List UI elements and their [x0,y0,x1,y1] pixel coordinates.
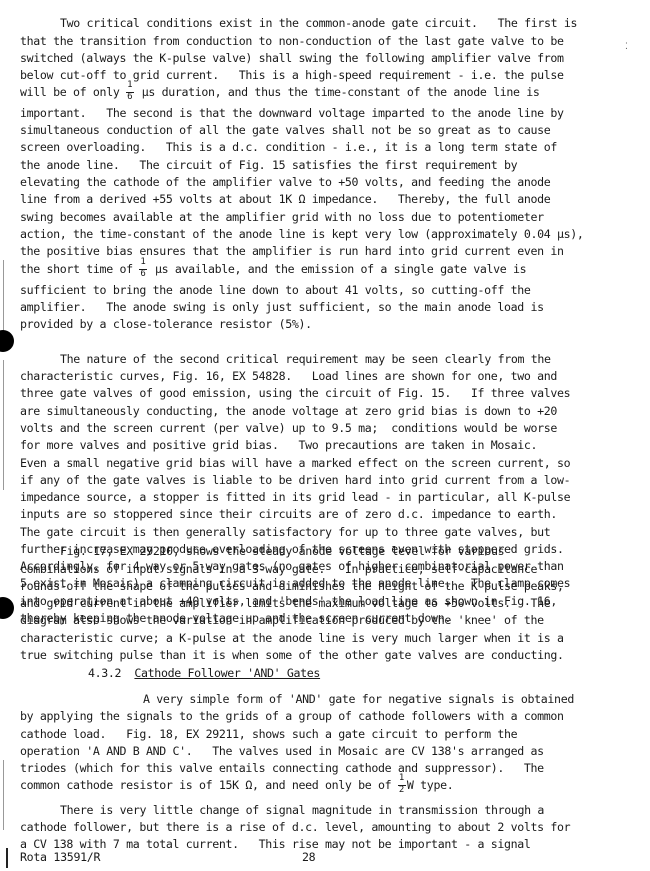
paragraph-line: will be of only 16 µs duration, and thus… [20,85,540,100]
paragraph-line: combinations of input signals in a 3-way… [20,562,537,576]
paragraph-line: A very simple form of 'AND' gate for neg… [143,692,574,706]
section-heading: 4.3.2 Cathode Follower 'AND' Gates [88,666,320,680]
paragraph-line: line from a derived +55 volts at about 1… [20,192,550,206]
left-margin-rule [3,360,4,490]
footer-margin-mark [6,848,8,868]
paragraph-line: diagram also shows the variation in ampl… [20,613,544,627]
paragraph-line: elevating the cathode of the amplifier v… [20,175,550,189]
paragraph-line: if any of the gate valves is liable to b… [20,473,570,487]
paragraph-line: provided by a close-tolerance resistor (… [20,317,312,331]
paragraph-line: the positive bias ensures that the ampli… [20,244,564,258]
paragraph-line: Fig. 17, EX 29210, shows the steady anod… [60,544,504,558]
left-margin-rule [3,260,4,340]
paragraph-line: swing becomes available at the amplifier… [20,210,544,224]
paragraph-line: and grid current in the amplifier limits… [20,596,550,610]
paragraph-line: The nature of the second critical requir… [60,352,551,366]
paragraph-line: characteristic curves, Fig. 16, EX 54828… [20,369,557,383]
scan-speck: ⁚ [625,42,628,52]
paragraph-line: important. The second is that the downwa… [20,106,564,120]
binder-hole [0,330,14,352]
paragraph-line: simultaneous conduction of all the gate … [20,123,550,137]
paragraph-line: true switching pulse than it is when som… [20,648,564,662]
paragraph-line: are simultaneously conducting, the anode… [20,404,557,418]
document-reference: Rota 13591/R [20,850,100,864]
paragraph-line: rounds-off the shape of the pulses and d… [20,579,564,593]
paragraph-line: The gate circuit is then generally satis… [20,525,550,539]
paragraph-line: common cathode resistor is of 15K Ω, and… [20,778,453,793]
paragraph-line: cathode load. Fig. 18, EX 29211, shows s… [20,727,517,741]
left-margin-rule [3,760,4,830]
paragraph-line: impedance source, a stopper is fitted in… [20,490,570,504]
page-number: 28 [302,850,315,864]
fraction: 12 [398,779,407,793]
paragraph-line: amplifier. The anode swing is only just … [20,300,544,314]
section-title: Cathode Follower 'AND' Gates [134,666,320,680]
fraction: 16 [139,263,148,277]
paragraph-line: the anode line. The circuit of Fig. 15 s… [20,158,517,172]
paragraph-line: a CV 138 with 7 ma total current. This r… [20,837,531,851]
paragraph-line: screen overloading. This is a d.c. condi… [20,140,557,154]
paragraph-line: inputs are so stoppered since their circ… [20,507,557,521]
paragraph-line: switched (always the K-pulse valve) shal… [20,51,564,65]
paragraph-line: Two critical conditions exist in the com… [60,16,577,30]
paragraph-line: that the transition from conduction to n… [20,34,564,48]
document-page: ⁚ Two critical conditions exist in the c… [0,0,650,871]
fraction: 16 [126,86,135,100]
paragraph-line: for more valves and positive grid bias. … [20,438,537,452]
paragraph-line: cathode follower, but there is a rise of… [20,820,570,834]
paragraph-line: action, the time-constant of the anode l… [20,227,584,241]
paragraph-line: characteristic curve; a K-pulse at the a… [20,631,564,645]
paragraph-line: operation 'A AND B AND C'. The valves us… [20,744,544,758]
paragraph-line: three gate valves of good emission, usin… [20,386,570,400]
binder-hole [0,597,14,619]
paragraph-line: sufficient to bring the anode line down … [20,283,531,297]
paragraph-line: Even a small negative grid bias will hav… [20,456,570,470]
paragraph-line: the short time of 16 µs available, and t… [20,262,526,277]
section-number: 4.3.2 [88,666,134,680]
paragraph-line: by applying the signals to the grids of … [20,709,564,723]
paragraph-line: volts and the screen current (per valve)… [20,421,557,435]
paragraph-line: below cut-off to grid current. This is a… [20,68,564,82]
paragraph-line: There is very little change of signal ma… [60,803,544,817]
paragraph-line: triodes (which for this valve entails co… [20,761,544,775]
